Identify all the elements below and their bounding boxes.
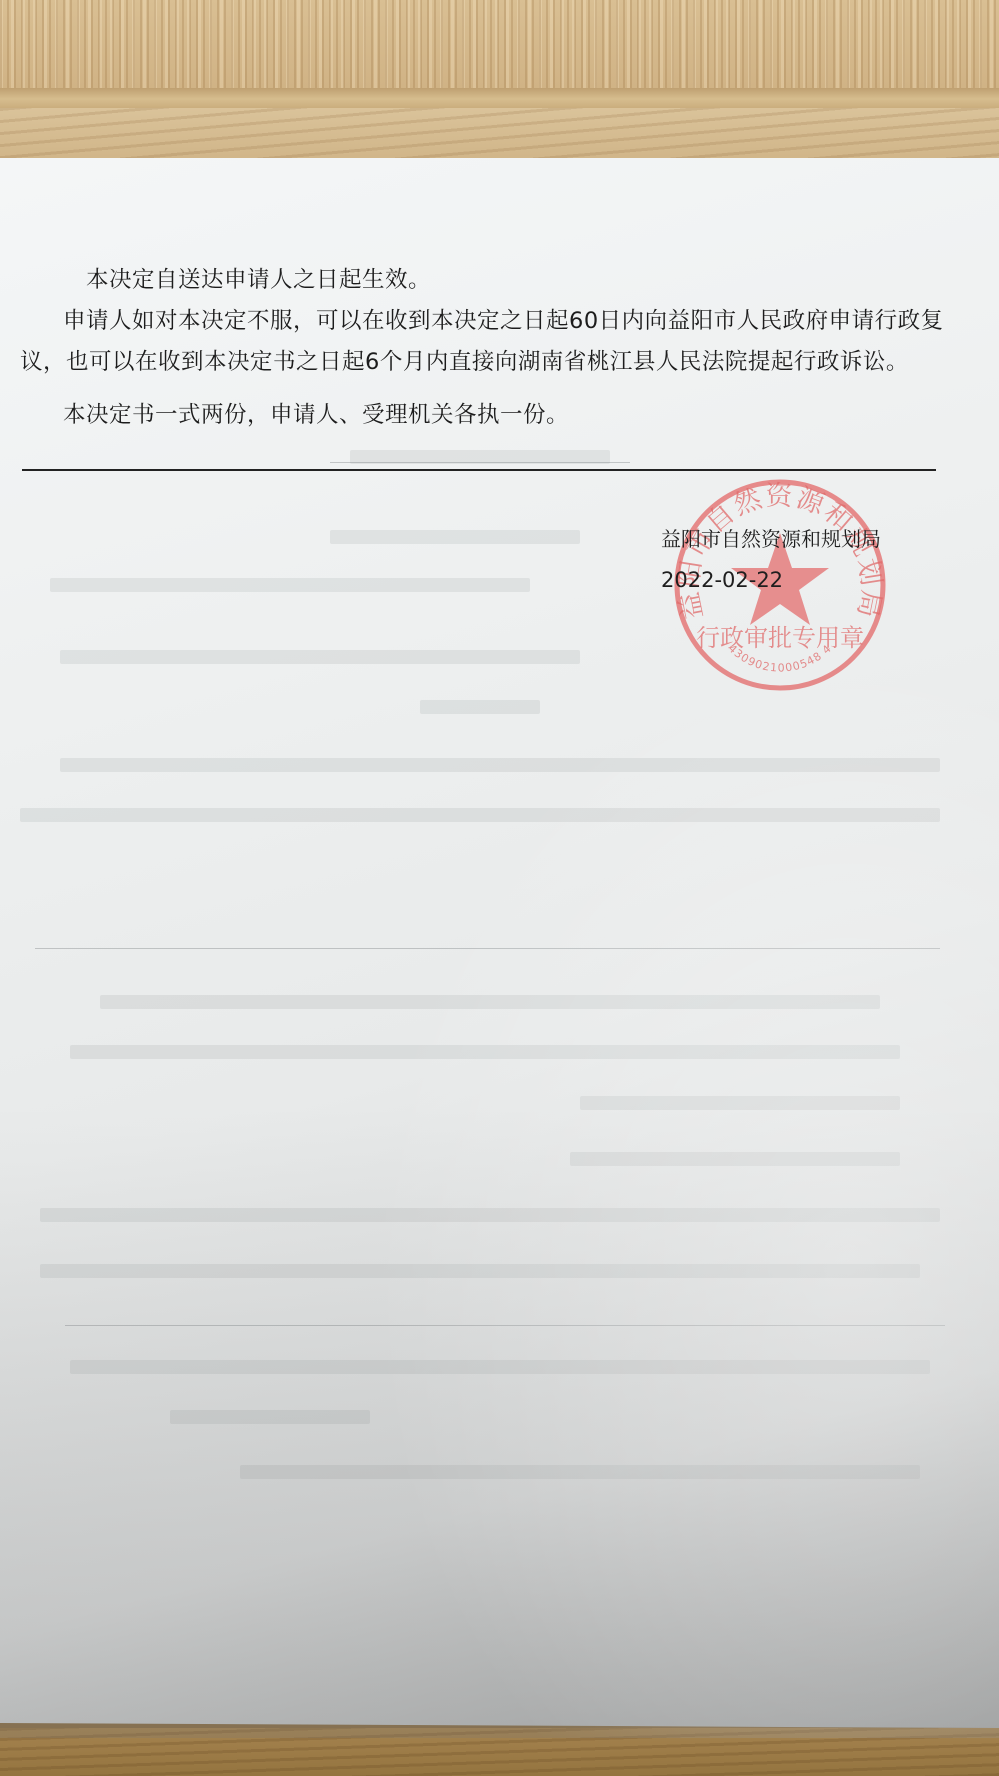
bleed-through-text (570, 1152, 900, 1166)
bleed-through-text (60, 650, 580, 664)
bleed-through-rule (35, 948, 940, 949)
bleed-through-text (100, 995, 880, 1009)
bleed-through-heading (570, 232, 942, 292)
bleed-through-text (70, 1045, 900, 1059)
bleed-through-text (20, 808, 940, 822)
copies-clause: 本决定书一式两份，申请人、受理机关各执一份。 (63, 397, 569, 429)
issue-date: 2022-02-22 (661, 568, 783, 592)
wood-wall-background (0, 0, 999, 100)
bleed-through-text (40, 1208, 940, 1222)
bleed-through-text (330, 530, 580, 544)
appeal-clause-line2: 议，也可以在收到本决定书之日起6个月内直接向湖南省桃江县人民法院提起行政诉讼。 (20, 344, 909, 376)
bleed-through-text (240, 1465, 920, 1479)
appeal-clause-line1: 申请人如对本决定不服，可以在收到本决定之日起60日内向益阳市人民政府申请行政复 (63, 303, 944, 335)
bleed-through-text (170, 1410, 370, 1424)
wood-ledge (0, 88, 999, 110)
bleed-through-text (350, 450, 610, 464)
separator-rule (22, 469, 936, 471)
issuer-name: 益阳市自然资源和规划局 (661, 523, 881, 552)
bleed-through-text (70, 1360, 930, 1374)
bleed-through-text (420, 700, 540, 714)
effective-clause: 本决定自送达申请人之日起生效。 (86, 262, 431, 294)
bleed-through-rule (65, 1325, 945, 1326)
bleed-through-text (50, 578, 530, 592)
bleed-through-text (580, 1096, 900, 1110)
seal-center-text: 行政审批专用章 (696, 624, 864, 652)
bleed-through-text (40, 1264, 920, 1278)
bleed-through-text (60, 758, 940, 772)
wood-table-bottom (0, 1728, 999, 1776)
